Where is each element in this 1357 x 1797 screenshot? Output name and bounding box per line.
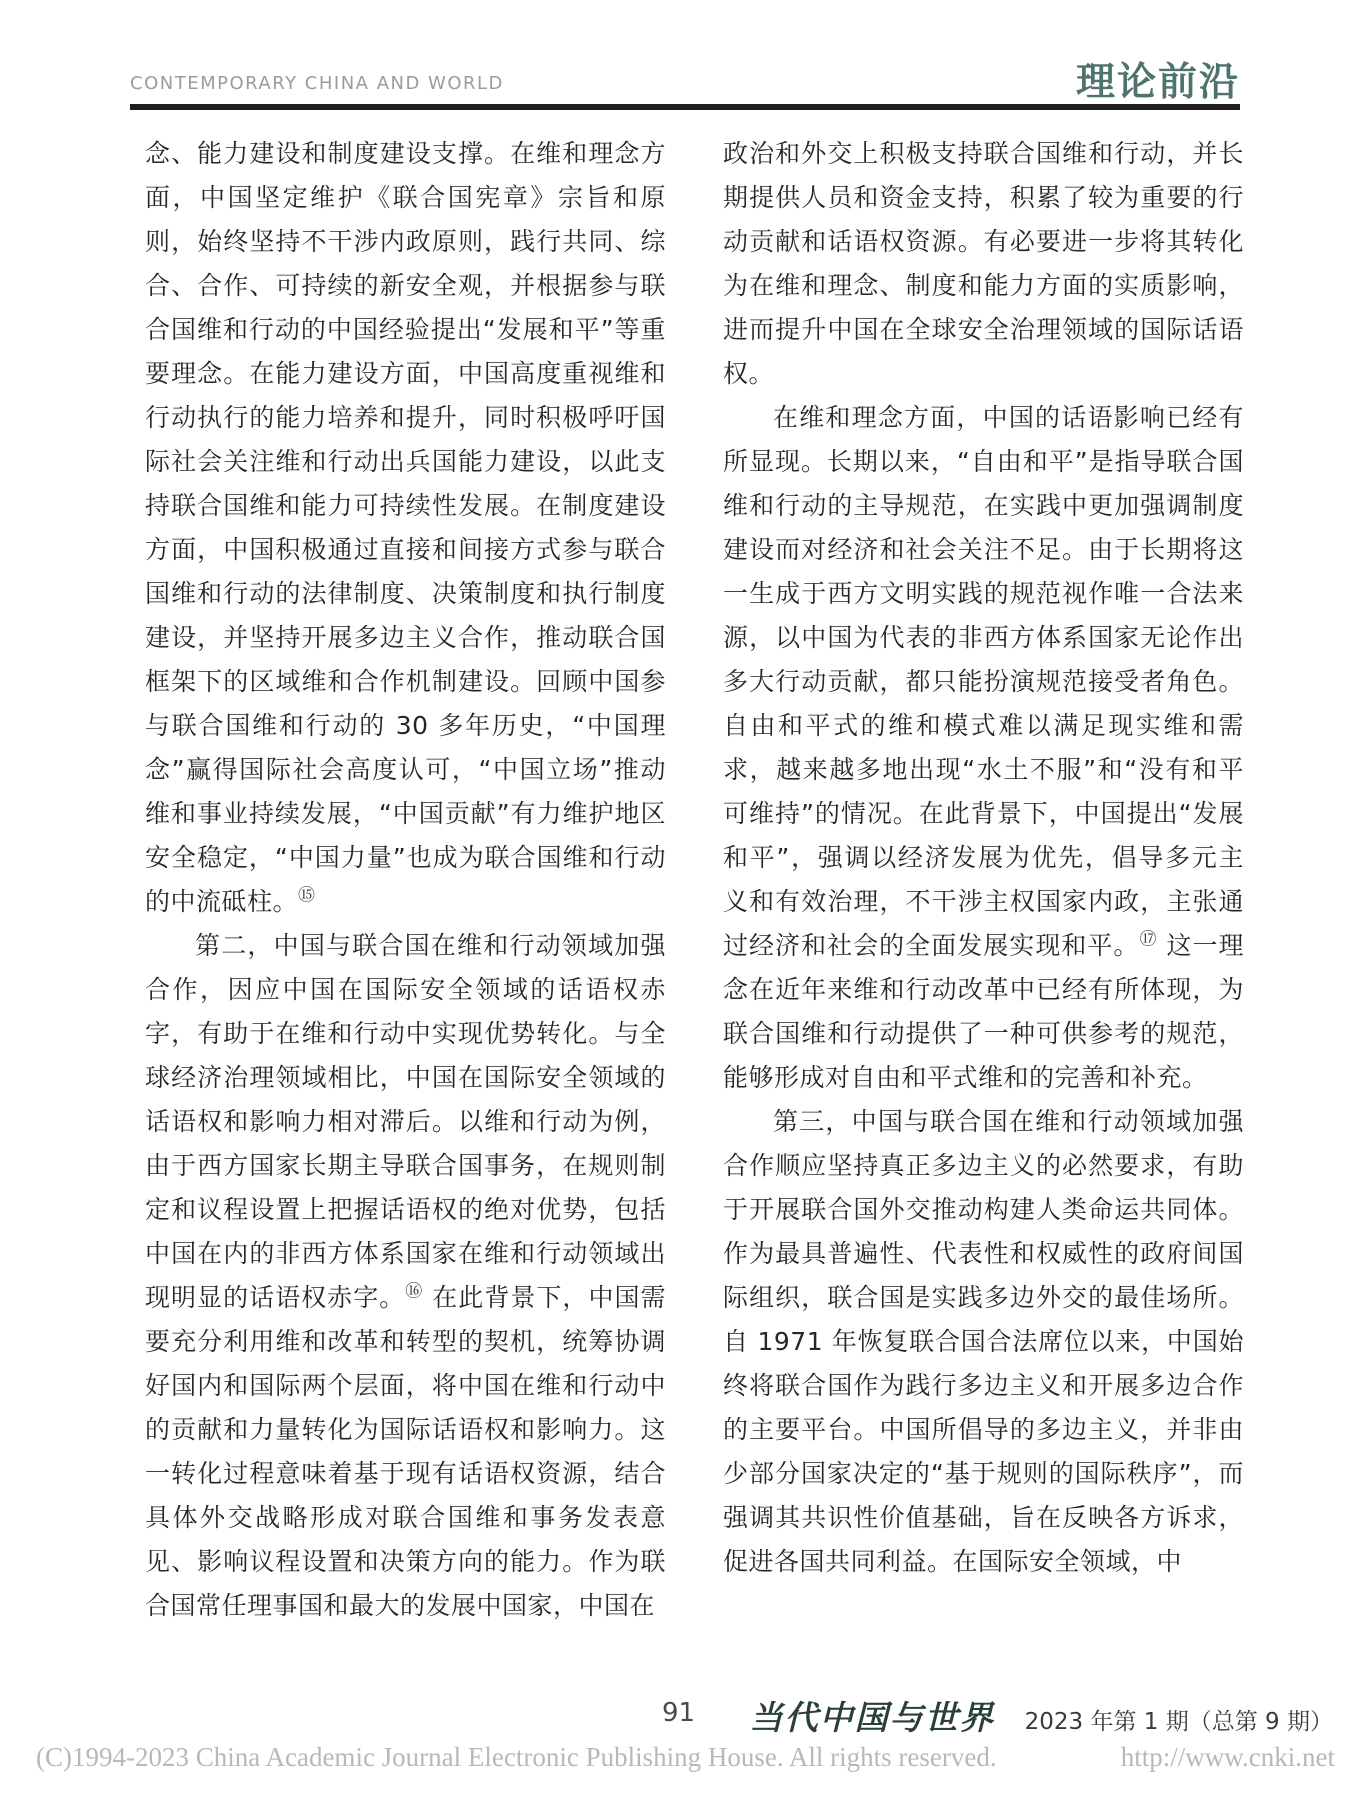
paragraph-1-continuation: 念、能力建设和制度建设支撑。在维和理念方面，中国坚定维护《联合国宪章》宗旨和原则… xyxy=(145,132,666,924)
cnki-url: http://www.cnki.net xyxy=(1121,1742,1335,1773)
paragraph-2-continuation: 政治和外交上积极支持联合国维和行动，并长期提供人员和资金支持，积累了较为重要的行… xyxy=(723,132,1244,396)
footer-journal-info: 当代中国与世界 2023 年第 1 期（总第 9 期） xyxy=(750,1692,1333,1739)
left-column: 念、能力建设和制度建设支撑。在维和理念方面，中国坚定维护《联合国宪章》宗旨和原则… xyxy=(145,132,666,1628)
journal-page: CONTEMPORARY CHINA AND WORLD 理论前沿 念、能力建设… xyxy=(0,0,1357,1797)
copyright-line: (C)1994-2023 China Academic Journal Elec… xyxy=(36,1742,1335,1773)
journal-logo: 当代中国与世界 xyxy=(750,1692,995,1739)
section-title: 理论前沿 xyxy=(1076,63,1240,102)
paragraph-4: 第三，中国与联合国在维和行动领域加强合作顺应坚持真正多边主义的必然要求，有助于开… xyxy=(723,1100,1244,1584)
issue-info: 2023 年第 1 期（总第 9 期） xyxy=(1025,1703,1333,1736)
right-column: 政治和外交上积极支持联合国维和行动，并长期提供人员和资金支持，积累了较为重要的行… xyxy=(723,132,1244,1628)
paragraph-3: 在维和理念方面，中国的话语影响已经有所显现。长期以来，“自由和平”是指导联合国维… xyxy=(723,396,1244,1100)
article-body: 念、能力建设和制度建设支撑。在维和理念方面，中国坚定维护《联合国宪章》宗旨和原则… xyxy=(145,132,1245,1628)
copyright-text: (C)1994-2023 China Academic Journal Elec… xyxy=(36,1742,997,1773)
header-divider xyxy=(130,104,1240,110)
paragraph-2: 第二，中国与联合国在维和行动领域加强合作，因应中国在国际安全领域的话语权赤字，有… xyxy=(145,924,666,1628)
journal-name-english: CONTEMPORARY CHINA AND WORLD xyxy=(130,73,504,102)
page-header: CONTEMPORARY CHINA AND WORLD 理论前沿 xyxy=(130,48,1240,102)
